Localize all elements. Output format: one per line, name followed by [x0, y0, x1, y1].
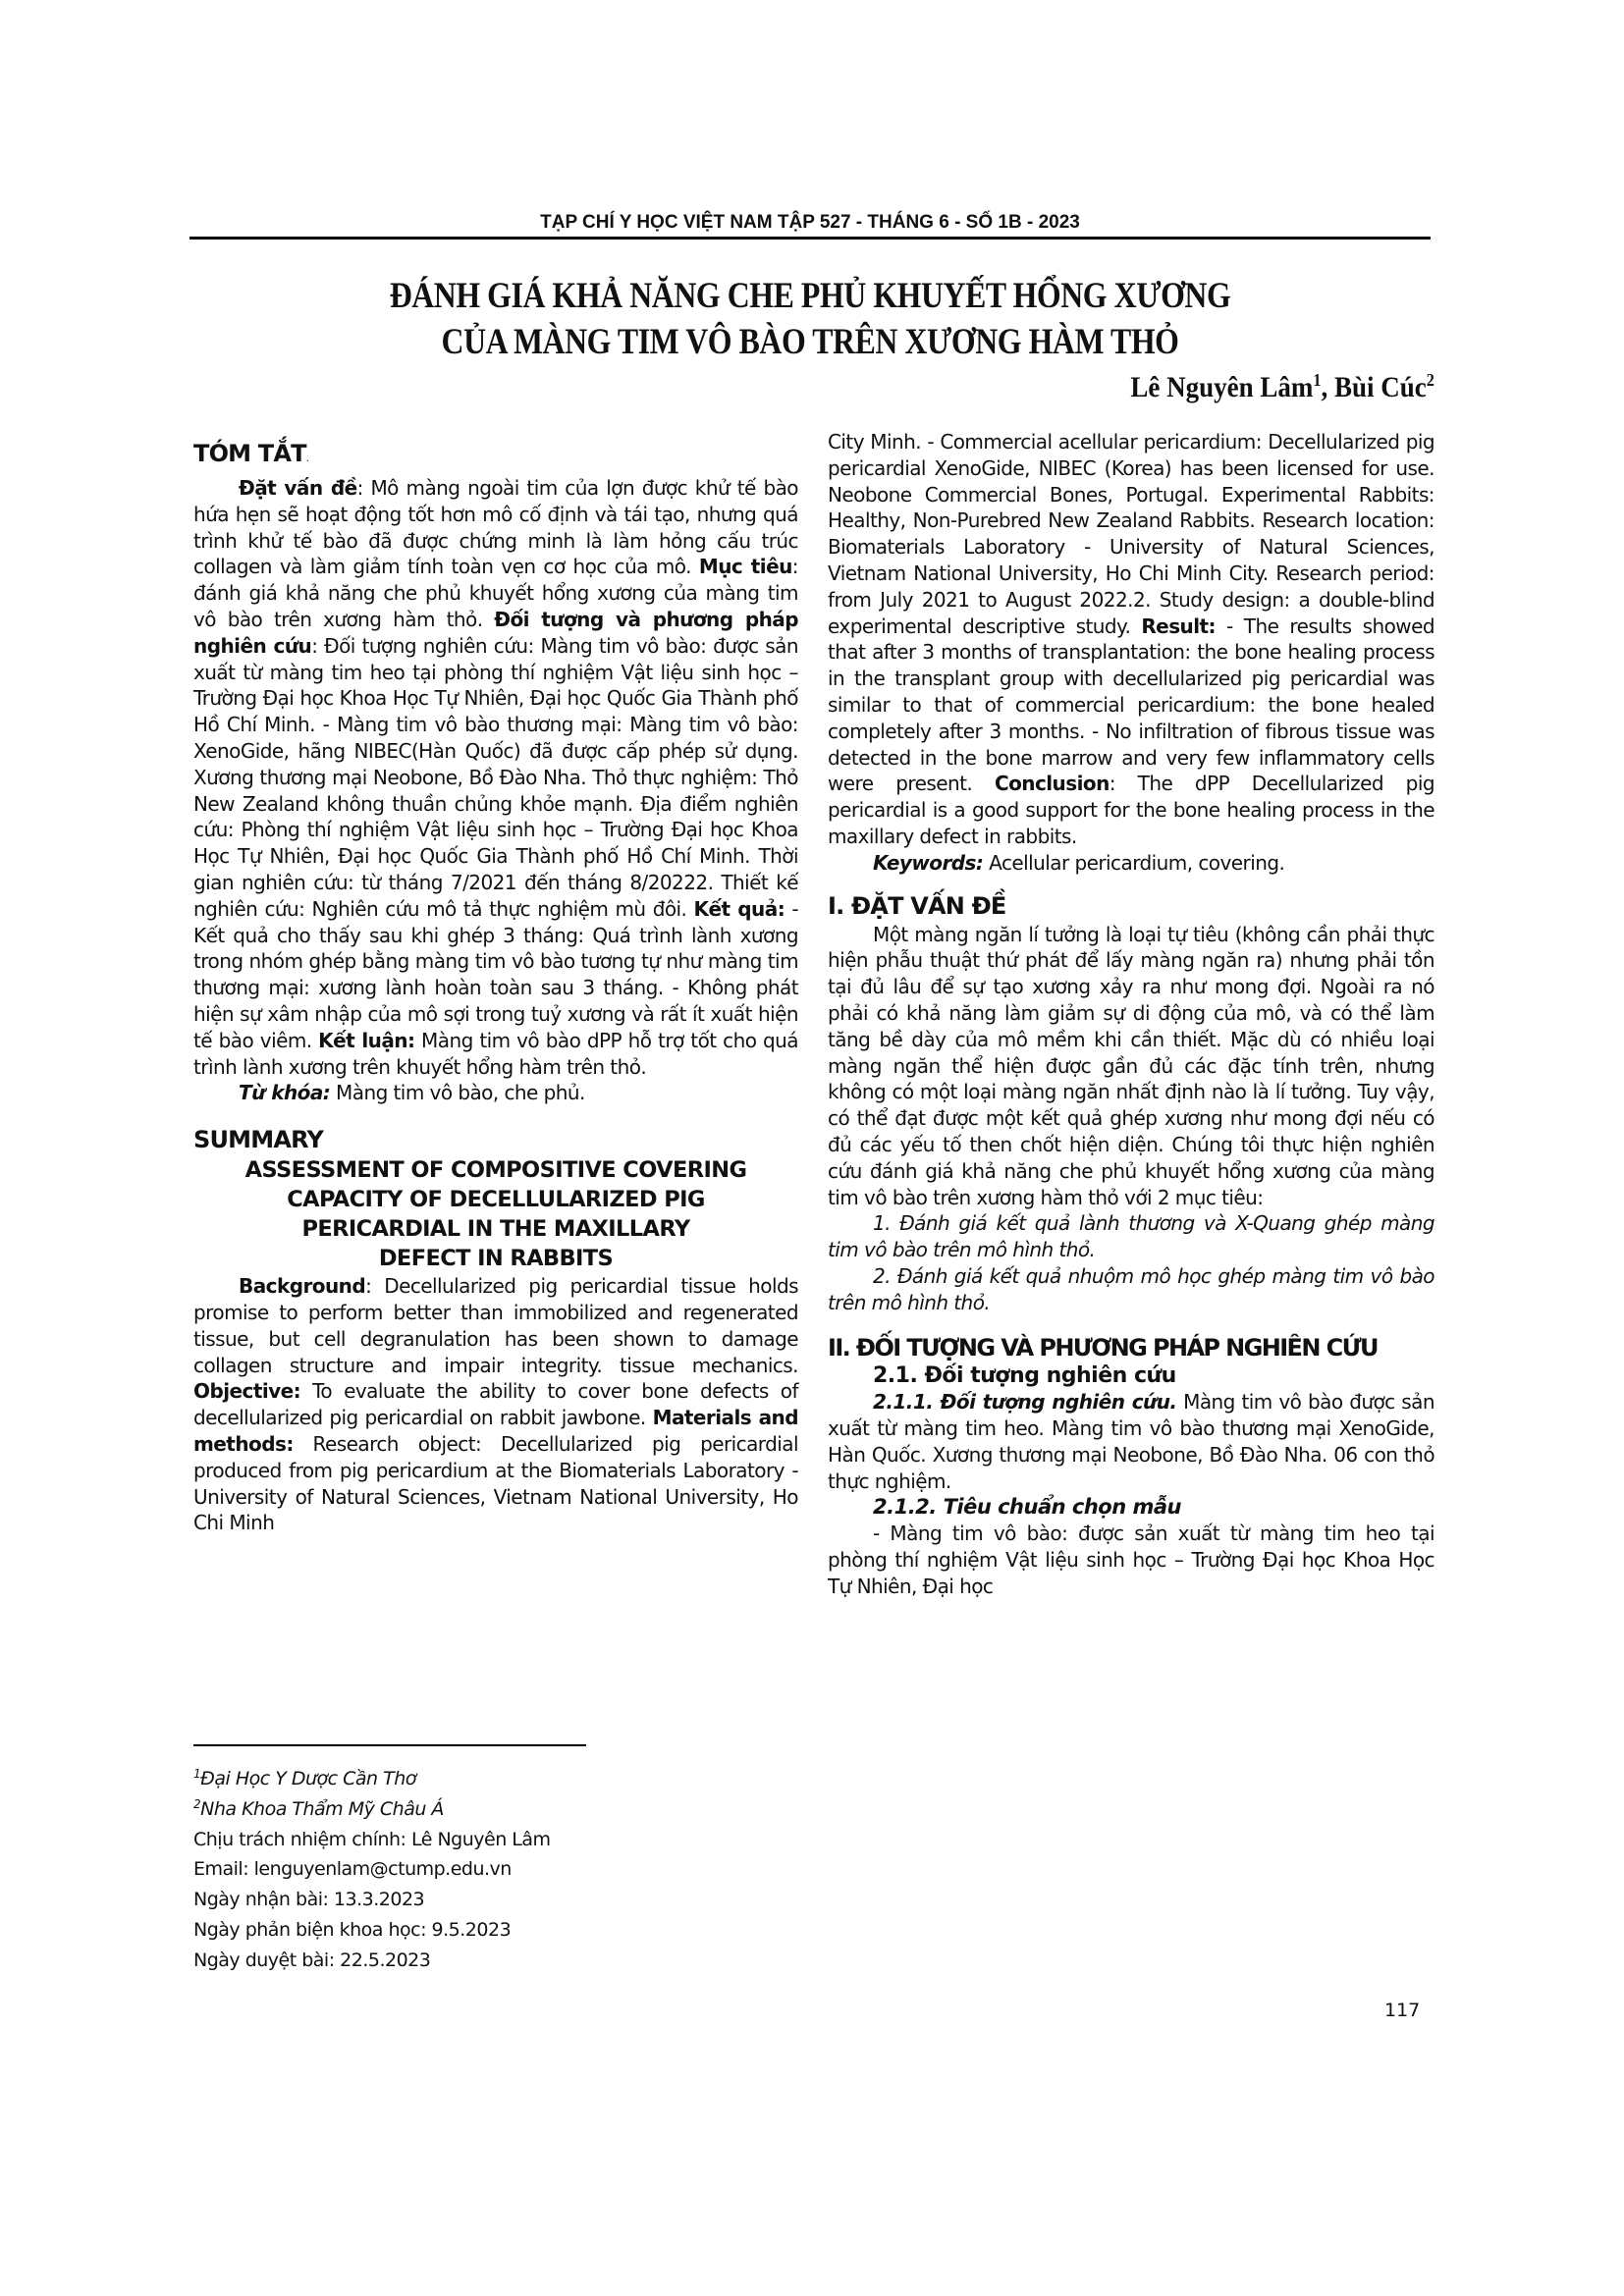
abstract-label: Mục tiêu [699, 555, 792, 578]
affiliation-1: 1Đại Học Y Dược Cần Thơ [193, 1764, 802, 1794]
author-affiliation-mark: 1 [1314, 370, 1322, 390]
abstract-vi-heading: TÓM TẮT. [193, 438, 798, 475]
author-list: Lê Nguyên Lâm1, Bùi Cúc2 [1130, 371, 1435, 404]
subsection-2-1-2-text: - Màng tim vô bào: được sản xuất từ màng… [828, 1521, 1435, 1599]
keywords-label: Keywords: [873, 851, 983, 875]
affiliation-text: Nha Khoa Thẩm Mỹ Châu Á [200, 1798, 444, 1820]
abstract-label: Đặt vấn đề [239, 476, 357, 500]
keywords-text: Màng tim vô bào, che phủ. [330, 1081, 585, 1104]
abstract-text: - The results showed that after 3 months… [828, 614, 1435, 796]
summary-heading: SUMMARY [193, 1124, 798, 1155]
affiliation-text: Đại Học Y Dược Cần Thơ [200, 1768, 416, 1789]
title-line-2: CỦA MÀNG TIM VÔ BÀO TRÊN XƯƠNG HÀM THỎ [276, 319, 1343, 365]
abstract-vi-heading-text: TÓM TẮT [193, 440, 306, 467]
keywords-vi: Từ khóa: Màng tim vô bào, che phủ. [193, 1080, 798, 1106]
abstract-label: Kết quả: [694, 897, 785, 921]
email[interactable]: Email: lenguyenlam@ctump.edu.vn [193, 1854, 802, 1885]
footnote-separator [193, 1744, 586, 1746]
left-column: TÓM TẮT. Đặt vấn đề: Mô màng ngoài tim c… [193, 432, 798, 1536]
objective-1: 1. Đánh giá kết quả lành thương và X-Qua… [828, 1210, 1435, 1263]
abstract-label: Kết luận: [318, 1029, 414, 1052]
affiliation-2: 2Nha Khoa Thẩm Mỹ Châu Á [193, 1794, 802, 1825]
title-line-1: ĐÁNH GIÁ KHẢ NĂNG CHE PHỦ KHUYẾT HỔNG XƯ… [276, 273, 1343, 319]
subsection-2-1-1-label: 2.1.1. Đối tượng nghiên cứu. [873, 1390, 1176, 1414]
section-2-heading: II. ĐỐI TƯỢNG VÀ PHƯƠNG PHÁP NGHIÊN CỨU [828, 1332, 1435, 1363]
author-separator: , [1322, 371, 1335, 403]
keywords-text: Acellular pericardium, covering. [983, 851, 1284, 875]
author-name: Bùi Cúc [1334, 371, 1427, 403]
abstract-en-body-right: City Minh. - Commercial acellular perica… [828, 429, 1435, 850]
heading-trailing-dot: . [306, 454, 308, 464]
abstract-text: : Đối tượng nghiên cứu: Màng tim vô bào:… [193, 634, 798, 921]
received-date: Ngày nhận bài: 13.3.2023 [193, 1885, 802, 1915]
author-name: Lê Nguyên Lâm [1130, 371, 1313, 403]
abstract-label: Conclusion [995, 772, 1110, 795]
footnotes: 1Đại Học Y Dược Cần Thơ 2Nha Khoa Thẩm M… [193, 1764, 802, 1976]
corresponding-author: Chịu trách nhiệm chính: Lê Nguyên Lâm [193, 1825, 802, 1855]
keywords-en: Keywords: Acellular pericardium, coverin… [828, 850, 1435, 877]
journal-page: TẠP CHÍ Y HỌC VIỆT NAM TẬP 527 - THÁNG 6… [0, 0, 1624, 2296]
page-number: 117 [1384, 2000, 1420, 2021]
abstract-text: City Minh. - Commercial acellular perica… [828, 430, 1435, 638]
abstract-vi-body: Đặt vấn đề: Mô màng ngoài tim của lợn đư… [193, 475, 798, 1080]
header-rule [189, 237, 1431, 240]
reviewed-date: Ngày phản biện khoa học: 9.5.2023 [193, 1915, 802, 1946]
section-1-heading: I. ĐẶT VẤN ĐỀ [828, 890, 1435, 922]
objective-2: 2. Đánh giá kết quả nhuộm mô học ghép mà… [828, 1263, 1435, 1316]
english-title: ASSESSMENT OF COMPOSITIVE COVERING CAPAC… [193, 1155, 798, 1273]
english-title-line: PERICARDIAL IN THE MAXILLARY [193, 1214, 798, 1244]
abstract-label: Result: [1141, 614, 1216, 638]
subsection-2-1-heading: 2.1. Đối tượng nghiên cứu [828, 1363, 1435, 1390]
section-1-paragraph: Một màng ngăn lí tưởng là loại tự tiêu (… [828, 922, 1435, 1211]
right-column: City Minh. - Commercial acellular perica… [828, 429, 1435, 1600]
keywords-label: Từ khóa: [239, 1081, 330, 1104]
subsection-2-1-2-heading: 2.1.2. Tiêu chuẩn chọn mẫu [828, 1494, 1435, 1521]
subsection-2-1-1: 2.1.1. Đối tượng nghiên cứu. Màng tim vô… [828, 1389, 1435, 1494]
author-affiliation-mark: 2 [1427, 370, 1435, 390]
abstract-label: Background [239, 1274, 365, 1298]
accepted-date: Ngày duyệt bài: 22.5.2023 [193, 1946, 802, 1976]
english-title-line: DEFECT IN RABBITS [193, 1244, 798, 1273]
english-title-line: ASSESSMENT OF COMPOSITIVE COVERING [193, 1155, 798, 1185]
english-title-line: CAPACITY OF DECELLULARIZED PIG [193, 1185, 798, 1214]
abstract-label: Objective: [193, 1379, 300, 1403]
running-header: TẠP CHÍ Y HỌC VIỆT NAM TẬP 527 - THÁNG 6… [189, 212, 1431, 234]
article-title: ĐÁNH GIÁ KHẢ NĂNG CHE PHỦ KHUYẾT HỔNG XƯ… [276, 273, 1343, 365]
abstract-en-body-left: Background: Decellularized pig pericardi… [193, 1273, 798, 1536]
